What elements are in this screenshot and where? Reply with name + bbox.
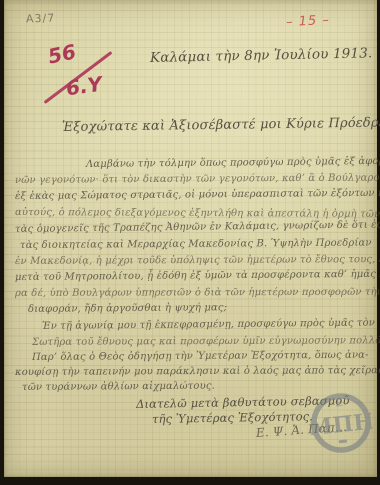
body-line: Λαμβάνω τὴν τόλμην ὅπως προσφύγω πρὸς ὑμ… <box>86 155 380 170</box>
body-line: νῶν γεγονότων· ὅτι τὸν δικαστὴν τῶν γεγο… <box>15 172 380 186</box>
body-line: ρα δέ, ὑπὸ Βουλγάρων ὑπηρεσιῶν ὁ διὰ τῶν… <box>15 286 380 299</box>
salutation: Ἐξοχώτατε καὶ Ἀξιοσέβαστέ μοι Κύριε Πρόε… <box>62 115 380 135</box>
body-line: ἐν Μακεδονίᾳ, ἡ μέχρι τοῦδε ὑπόληψις τῶν… <box>15 254 380 267</box>
body-line: Σωτῆρα τοῦ ἔθνους μας καὶ προσφέρων ὑμῖν… <box>32 335 380 348</box>
stamp-top-letter: Ε <box>335 398 344 410</box>
dateline: Καλάμαι τὴν 8ην Ἰουλίου 1913. <box>150 45 373 66</box>
pencil-reference-mark: Α3/7 <box>26 11 56 25</box>
body-line: μετὰ τοῦ Μητροπολίτου, ᾗ ἐδόθη ἐξ ὑμῶν τ… <box>15 268 380 283</box>
body-line: κουφίσῃ τὴν ταπεινήν μου παράκλησιν καὶ … <box>15 365 380 378</box>
body-line: τὰς ὁμογενεῖς τῆς Τραπέζης Ἀθηνῶν ἐν Καλ… <box>15 219 380 235</box>
archive-stamp-icon: ΜΠΗ Ε <box>307 389 375 457</box>
scanned-letter: Α3/7 – 15 – 56 6.Υ Καλάμαι τὴν 8ην Ἰουλί… <box>0 0 380 485</box>
body-line: Παρ’ ὅλας ὁ Θεὸς ὁδηγήσῃ τὴν Ὑμετέραν Ἐξ… <box>32 350 369 363</box>
body-line: διαφοράν, ἤδη ἀργοῦσθαι ἡ ψυχή μας; <box>28 302 227 315</box>
body-line: τῶν τυράννων ἀθλίων αἰχμαλώτους. <box>22 381 215 393</box>
body-line: ἐξ ἑκὰς μας Σώματος στρατιᾶς, οἱ μόνοι ὑ… <box>15 187 380 202</box>
body-line: Ἐν τῇ ἀγωνίᾳ μου τῇ ἐκπεφρασμένῃ, προσφε… <box>42 318 375 332</box>
letter-paper: Α3/7 – 15 – 56 6.Υ Καλάμαι τὴν 8ην Ἰουλί… <box>4 0 377 477</box>
fraction-numerator: 56 <box>46 39 78 68</box>
red-classification-fraction: 56 6.Υ <box>38 44 110 106</box>
body-line: αὐτούς, ὁ πόλεμος διεξαγόμενος ἐξηντλήθη… <box>15 207 380 220</box>
fraction-denominator: 6.Υ <box>65 72 104 101</box>
body-line: τὰς διοικητείας καὶ Μεραρχίας Μακεδονίας… <box>20 238 372 251</box>
red-page-number: – 15 – <box>286 13 331 30</box>
